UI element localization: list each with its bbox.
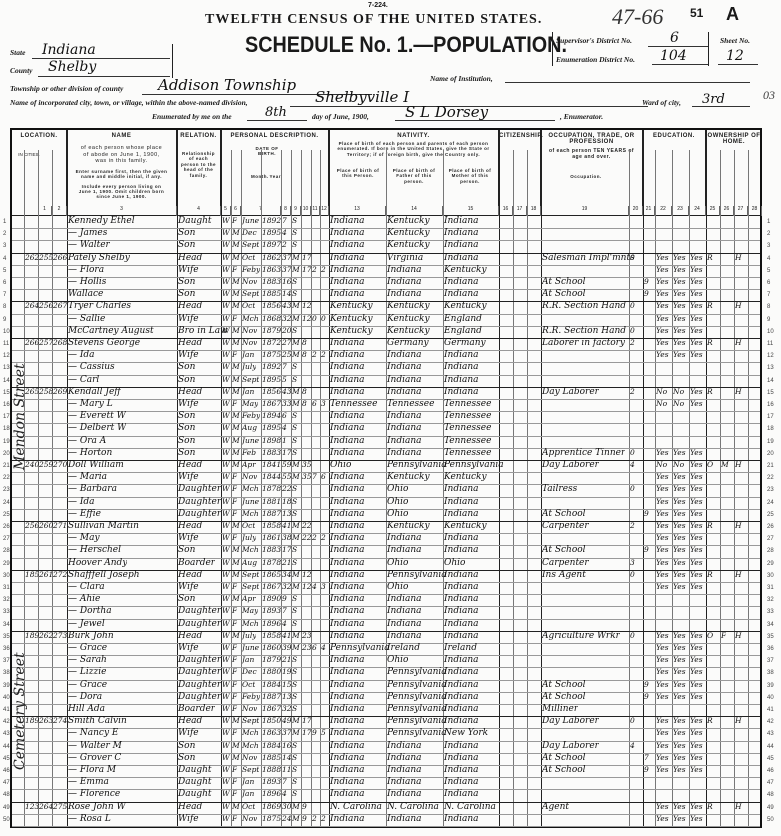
cell-father-birth: Ohio [387, 484, 408, 494]
cell-name: — Ida [68, 497, 95, 507]
cell-birth: Indiana [330, 436, 365, 446]
cell-year: 1863 [262, 265, 281, 274]
cell-race: W [222, 423, 230, 432]
cell-write: Yes [673, 741, 686, 750]
cell-father-birth: Tennessee [387, 399, 434, 409]
row-number-left: 21 [3, 463, 10, 469]
header-name-desc: of each person whose place of abode on J… [77, 145, 166, 165]
cell-read: Yes [656, 314, 669, 323]
cell-write: Yes [673, 643, 686, 652]
cell-birth: Indiana [330, 375, 365, 385]
cell-year: 1881 [262, 497, 281, 506]
cell-family: 268 [53, 338, 67, 347]
cell-read: Yes [656, 521, 669, 530]
cell-children-living: 4 [321, 643, 326, 652]
header-occupation-title: OCCUPATION, TRADE, OR PROFESSION [541, 133, 642, 145]
cell-month: Oct [242, 301, 255, 310]
header-personal-title: PERSONAL DESCRIPTION. [221, 133, 328, 139]
cell-mother-birth: Indiana [444, 362, 479, 372]
cell-write: Yes [673, 338, 686, 347]
row-number-left: 18 [3, 426, 10, 432]
cell-relation: Head [178, 521, 202, 531]
cell-age: 39 [282, 643, 292, 652]
cell-race: W [222, 643, 230, 652]
cell-father-birth: Germany [387, 338, 429, 348]
cell-sex: F [232, 704, 237, 713]
cell-year: 1860 [262, 643, 281, 652]
cell-father-birth: Indiana [387, 545, 422, 555]
cell-marital: S [292, 423, 297, 432]
brace [172, 44, 173, 78]
cell-marital: S [292, 606, 297, 615]
cell-mother-birth: Pennsylvania [444, 460, 504, 470]
cell-marital: S [292, 326, 297, 335]
cell-name: — Lizzie [68, 667, 106, 677]
cell-year: 1856 [262, 387, 281, 396]
cell-month: Mch [242, 741, 259, 750]
cell-read: Yes [656, 716, 669, 725]
header-occupation-desc: of each person TEN YEARS of age and over… [547, 148, 636, 160]
row-number-left: 3 [3, 243, 6, 249]
cell-read: Yes [656, 765, 669, 774]
cell-farm: H [735, 570, 742, 579]
cell-english: Yes [690, 484, 703, 493]
cell-mother-birth: Indiana [444, 497, 479, 507]
cell-marital: M [292, 716, 300, 725]
cell-english: Yes [690, 741, 703, 750]
institution-line [505, 82, 750, 83]
cell-race: W [222, 460, 230, 469]
row-number-left: 13 [3, 365, 10, 371]
enumerated-label: Enumerated by me on the [152, 112, 232, 121]
cell-year: 1875 [262, 814, 281, 823]
cell-relation: Son [178, 753, 195, 763]
cell-relation: Son [178, 277, 195, 287]
cell-birth: Indiana [330, 777, 365, 787]
cell-months-unemp: 2 [630, 338, 635, 347]
cell-age: 19 [282, 667, 292, 676]
cell-sex: F [232, 265, 237, 274]
cell-write: Yes [673, 753, 686, 762]
cell-mother-birth: Indiana [444, 545, 479, 555]
cell-mother-birth: Indiana [444, 350, 479, 360]
cell-write: Yes [673, 765, 686, 774]
cell-father-birth: Pennsylvania [387, 460, 447, 470]
cell-house: 189 [25, 631, 39, 640]
row-number-left: 36 [3, 646, 10, 652]
cell-year: 1858 [262, 631, 281, 640]
table-row: — Rosa LWifeWFNov187524M922IndianaIndian… [12, 815, 760, 827]
cell-mother-birth: Tennessee [444, 436, 491, 446]
cell-owned: R [707, 570, 713, 579]
cell-family: 266 [53, 253, 67, 262]
cell-birth: Indiana [330, 350, 365, 360]
cell-sex: M [232, 362, 240, 371]
cell-farm: H [735, 387, 742, 396]
institution-label: Name of Institution, [430, 74, 493, 83]
cell-relation: Wife [178, 533, 199, 543]
cell-marital: M [292, 521, 300, 530]
table-row: — Delbert WSonWMAug18954SIndianaIndianaT… [12, 424, 760, 436]
cell-sex: M [232, 753, 240, 762]
cell-occupation: Agent [542, 802, 569, 812]
cell-relation: Daught [178, 765, 212, 775]
cell-write: Yes [673, 253, 686, 262]
cell-race: W [222, 448, 230, 457]
header-occupation: OCCUPATION, TRADE, OR PROFESSION of each… [541, 130, 643, 206]
table-row: 266257268Stevens GeorgeHeadWMNov187227M8… [12, 339, 760, 351]
cell-years-married: 23 [302, 631, 312, 640]
cell-race: W [222, 704, 230, 713]
cell-occupation: At School [542, 680, 586, 690]
cell-mother-birth: Indiana [444, 216, 479, 226]
cell-race: W [222, 277, 230, 286]
cell-marital: S [292, 692, 297, 701]
cell-months-unemp: 3 [630, 558, 635, 567]
cell-month: Jan [242, 387, 254, 396]
cell-write: No [673, 399, 684, 408]
cell-birth: Indiana [330, 277, 365, 287]
cell-father-birth: Indiana [387, 814, 422, 824]
cell-age: 7 [282, 606, 287, 615]
cell-years-married: 9 [302, 814, 307, 823]
cell-age: 21 [282, 655, 292, 664]
cell-race: W [222, 692, 230, 701]
table-row: — SarahDaughterWFJan187921SIndianaOhioIn… [12, 656, 760, 668]
cell-year: 1844 [262, 472, 281, 481]
cell-children-living: 0 [321, 314, 326, 323]
cell-write: No [673, 460, 684, 469]
row-number: 16 [767, 402, 774, 408]
cell-father-birth: Pennsylvania [387, 667, 447, 677]
cell-relation: Daughter [178, 497, 221, 507]
cell-farm: H [735, 301, 742, 310]
cell-occupation: R.R. Section Hand [542, 301, 626, 311]
row-number-left: 31 [3, 585, 10, 591]
column-number: 4 [177, 206, 221, 216]
cell-month: Sept [242, 240, 259, 249]
row-number: 48 [767, 792, 774, 798]
cell-sex: F [232, 777, 237, 786]
row-number-left: 42 [3, 719, 10, 725]
cell-age: 22 [282, 484, 292, 493]
table-row: — JewelDaughterWFMch18964SIndianaIndiana… [12, 620, 760, 632]
cell-race: W [222, 301, 230, 310]
cell-children-born: 4 [312, 582, 317, 591]
cell-relation: Wife [178, 643, 199, 653]
header-location: LOCATION. [12, 130, 67, 206]
cell-name: — Everett W [68, 411, 126, 421]
day-line [247, 120, 307, 121]
cell-name: Hoover Andy [68, 558, 127, 568]
cell-age: 20 [282, 326, 292, 335]
schedule-title: SCHEDULE No. 1.—POPULATION. [245, 32, 567, 58]
cell-name: — James [68, 228, 107, 238]
cell-read: Yes [656, 301, 669, 310]
cell-year: 1887 [262, 692, 281, 701]
cell-birth: Indiana [330, 338, 365, 348]
header-name: NAME of each person whose place of abode… [67, 130, 177, 206]
cell-marital: M [292, 460, 300, 469]
cell-father-birth: Kentucky [387, 326, 430, 336]
cell-name: — Carl [68, 375, 99, 385]
cell-father-birth: Indiana [387, 423, 422, 433]
cell-dwelling: 260 [39, 521, 53, 530]
cell-marital: M [292, 265, 300, 274]
cell-birth: Indiana [330, 631, 365, 641]
column-number: 23 [672, 206, 689, 216]
cell-mother-birth: Indiana [444, 228, 479, 238]
city-value: Shelbyville I [315, 88, 409, 106]
row-number: 44 [767, 744, 774, 750]
table-row: — ClaraWifeWFSept186732M1243IndianaOhioI… [12, 583, 760, 595]
cell-race: W [222, 521, 230, 530]
cell-farm: H [735, 716, 742, 725]
cell-month: Sept [242, 375, 259, 384]
table-row: — DorthaDaughterWFMay18937SIndianaIndian… [12, 607, 760, 619]
cell-father-birth: Ohio [387, 497, 408, 507]
row-number-left: 29 [3, 561, 10, 567]
cell-race: W [222, 265, 230, 274]
cell-read: Yes [656, 753, 669, 762]
row-number: 24 [767, 500, 774, 506]
cell-birth: Indiana [330, 594, 365, 604]
cell-year: 1865 [262, 570, 281, 579]
cell-age: 24 [282, 814, 292, 823]
header-nativity-title: NATIVITY. [329, 133, 498, 139]
cell-month: Sept [242, 289, 259, 298]
cell-birth: Indiana [330, 423, 365, 433]
ed-line [652, 64, 708, 65]
cell-mother-birth: Kentucky [444, 301, 487, 311]
cell-marital: M [292, 399, 300, 408]
cell-sex: M [232, 338, 240, 347]
cell-month: Mch [242, 484, 259, 493]
cell-relation: Son [178, 375, 195, 385]
cell-month: Jan [242, 655, 254, 664]
cell-birth: Indiana [330, 582, 365, 592]
cell-year: 1894 [262, 411, 281, 420]
township-value: Addison Township [158, 76, 296, 94]
cell-birth: Indiana [330, 692, 365, 702]
cell-occupation: At School [542, 289, 586, 299]
cell-marital: S [292, 619, 297, 628]
cell-name: Wallace [68, 289, 103, 299]
cell-birth: Indiana [330, 814, 365, 824]
cell-relation: Head [178, 716, 202, 726]
row-number: 42 [767, 719, 774, 725]
row-number-left: 22 [3, 475, 10, 481]
table-row: 256260271Sullivan MartinHeadWMOct185841M… [12, 522, 760, 534]
cell-year: 1895 [262, 228, 281, 237]
cell-birth: Indiana [330, 497, 365, 507]
cell-write: Yes [673, 655, 686, 664]
sheet-mark: 51 [690, 6, 703, 20]
cell-marital: S [292, 704, 297, 713]
cell-race: W [222, 789, 230, 798]
cell-english: Yes [690, 265, 703, 274]
cell-father-birth: Indiana [387, 606, 422, 616]
cell-birth: Indiana [330, 704, 365, 714]
cell-sex: M [232, 594, 240, 603]
sheet-value: 12 [726, 48, 744, 64]
row-number-left: 27 [3, 536, 10, 542]
cell-month: July [242, 631, 256, 640]
cell-mother-birth: Indiana [444, 765, 479, 775]
cell-name: Sullivan Martin [68, 521, 139, 531]
cell-name: — Ida [68, 350, 95, 360]
cell-marital: M [292, 814, 300, 823]
row-number-left: 6 [3, 280, 6, 286]
cell-father-birth: Indiana [387, 594, 422, 604]
cell-relation: Daught [178, 777, 212, 787]
cell-year: 1879 [262, 326, 281, 335]
cell-children-living: 3 [321, 582, 326, 591]
cell-race: W [222, 594, 230, 603]
cell-name: — Delbert W [68, 423, 126, 433]
row-number-left: 30 [3, 573, 10, 579]
cell-read: Yes [656, 533, 669, 542]
cell-marital: M [292, 582, 300, 591]
cell-father-birth: Kentucky [387, 472, 430, 482]
cell-age: 27 [282, 338, 292, 347]
cell-read: Yes [656, 570, 669, 579]
cell-year: 1893 [262, 777, 281, 786]
cell-year: 1885 [262, 289, 281, 298]
cell-mother-birth: Indiana [444, 277, 479, 287]
header-occupation-col: Occupation. [561, 174, 611, 179]
cell-dwelling: 261 [39, 570, 53, 579]
cell-mother-birth: Indiana [444, 753, 479, 763]
cell-birth: Indiana [330, 741, 365, 751]
row-number: 4 [767, 256, 770, 262]
cell-english: Yes [690, 655, 703, 664]
cell-mother-birth: New York [444, 728, 488, 738]
cell-relation: Head [178, 460, 202, 470]
cell-race: W [222, 753, 230, 762]
ward-value: 3rd [702, 92, 725, 107]
cell-age: 37 [282, 728, 292, 737]
cell-mother-birth: Indiana [444, 631, 479, 641]
cell-age: 38 [282, 533, 292, 542]
cell-name: Doll William [68, 460, 124, 470]
cell-write: Yes [673, 350, 686, 359]
cell-children-living: 3 [321, 399, 326, 408]
enumerated-suffix: day of June, 1900, [312, 112, 369, 121]
cell-farm: H [735, 521, 742, 530]
cell-sex: F [232, 533, 237, 542]
sheet-side: A [726, 4, 739, 25]
row-number-left: 44 [3, 744, 10, 750]
cell-age: 16 [282, 741, 292, 750]
cell-relation: Son [178, 228, 195, 238]
cell-mother-birth: Ohio [444, 558, 465, 568]
cell-age: 33 [282, 399, 292, 408]
state-label: State [10, 48, 25, 57]
cell-birth: Kentucky [330, 314, 373, 324]
cell-sex: M [232, 802, 240, 811]
cell-children-born: 6 [312, 643, 317, 652]
cell-month: Mch [242, 545, 259, 554]
cell-occupation: At School [542, 545, 586, 555]
cell-write: Yes [673, 497, 686, 506]
cell-english: Yes [690, 521, 703, 530]
cell-write: Yes [673, 582, 686, 591]
cell-month: Sept [242, 716, 259, 725]
cell-year: 1867 [262, 582, 281, 591]
supervisor-line [648, 46, 708, 47]
cell-relation: Son [178, 594, 195, 604]
column-number: 27 [734, 206, 748, 216]
row-number: 43 [767, 731, 774, 737]
cell-write: Yes [673, 484, 686, 493]
cell-father-birth: Indiana [387, 765, 422, 775]
row-number: 18 [767, 426, 774, 432]
cell-name: — Walter M [68, 741, 122, 751]
cell-month: Nov [242, 277, 257, 286]
cell-family: 267 [53, 301, 67, 310]
cell-birth: Indiana [330, 484, 365, 494]
cell-relation: Son [178, 411, 195, 421]
cell-father-birth: Indiana [387, 448, 422, 458]
cell-write: Yes [673, 716, 686, 725]
column-number: 28 [748, 206, 762, 216]
county-label: County [10, 66, 33, 75]
cell-father-birth: Ireland [387, 643, 420, 653]
cell-read: No [656, 399, 667, 408]
cell-father-birth: Indiana [387, 619, 422, 629]
cell-month: Oct [242, 253, 255, 262]
cell-years-married: 17 [302, 728, 312, 737]
cell-age: 4 [282, 423, 287, 432]
cell-marital: S [292, 436, 297, 445]
cell-age: 17 [282, 545, 292, 554]
cell-owned: R [707, 301, 713, 310]
cell-month: May [242, 399, 258, 408]
cell-sex: M [232, 521, 240, 530]
cell-birth: N. Carolina [330, 802, 382, 812]
cell-read: Yes [656, 277, 669, 286]
table-row: — GraceWifeWFJune186039M2364Pennsylvania… [12, 644, 760, 656]
table-row: — Nancy EWifeWFMch186337M1795IndianaPenn… [12, 729, 760, 741]
cell-years-married: 23 [302, 643, 312, 652]
cell-occupation: At School [542, 509, 586, 519]
row-number: 25 [767, 512, 774, 518]
cell-school: 9 [644, 765, 649, 774]
row-number-left: 8 [3, 304, 6, 310]
cell-name: — Barbara [68, 484, 117, 494]
cell-dwelling: 264 [39, 802, 53, 811]
table-row: 240259270Doll WilliamHeadWMApr184159M35O… [12, 461, 760, 473]
cell-month: Nov [242, 472, 257, 481]
cell-relation: Head [178, 338, 202, 348]
cell-children-born: 2 [312, 265, 317, 274]
cell-year: 1883 [262, 277, 281, 286]
cell-english: Yes [690, 533, 703, 542]
cell-sex: F [232, 655, 237, 664]
cell-mother-birth: England [444, 326, 482, 336]
cell-name: — Dortha [68, 606, 112, 616]
cell-month: Feb [242, 448, 256, 457]
cell-month: Jan [242, 777, 254, 786]
row-number: 38 [767, 670, 774, 676]
cell-sex: M [232, 301, 240, 310]
cell-marital: S [292, 680, 297, 689]
cell-relation: Wife [178, 582, 199, 592]
cell-marital: M [292, 301, 300, 310]
cell-mother-birth: Tennessee [444, 411, 491, 421]
cell-race: W [222, 253, 230, 262]
